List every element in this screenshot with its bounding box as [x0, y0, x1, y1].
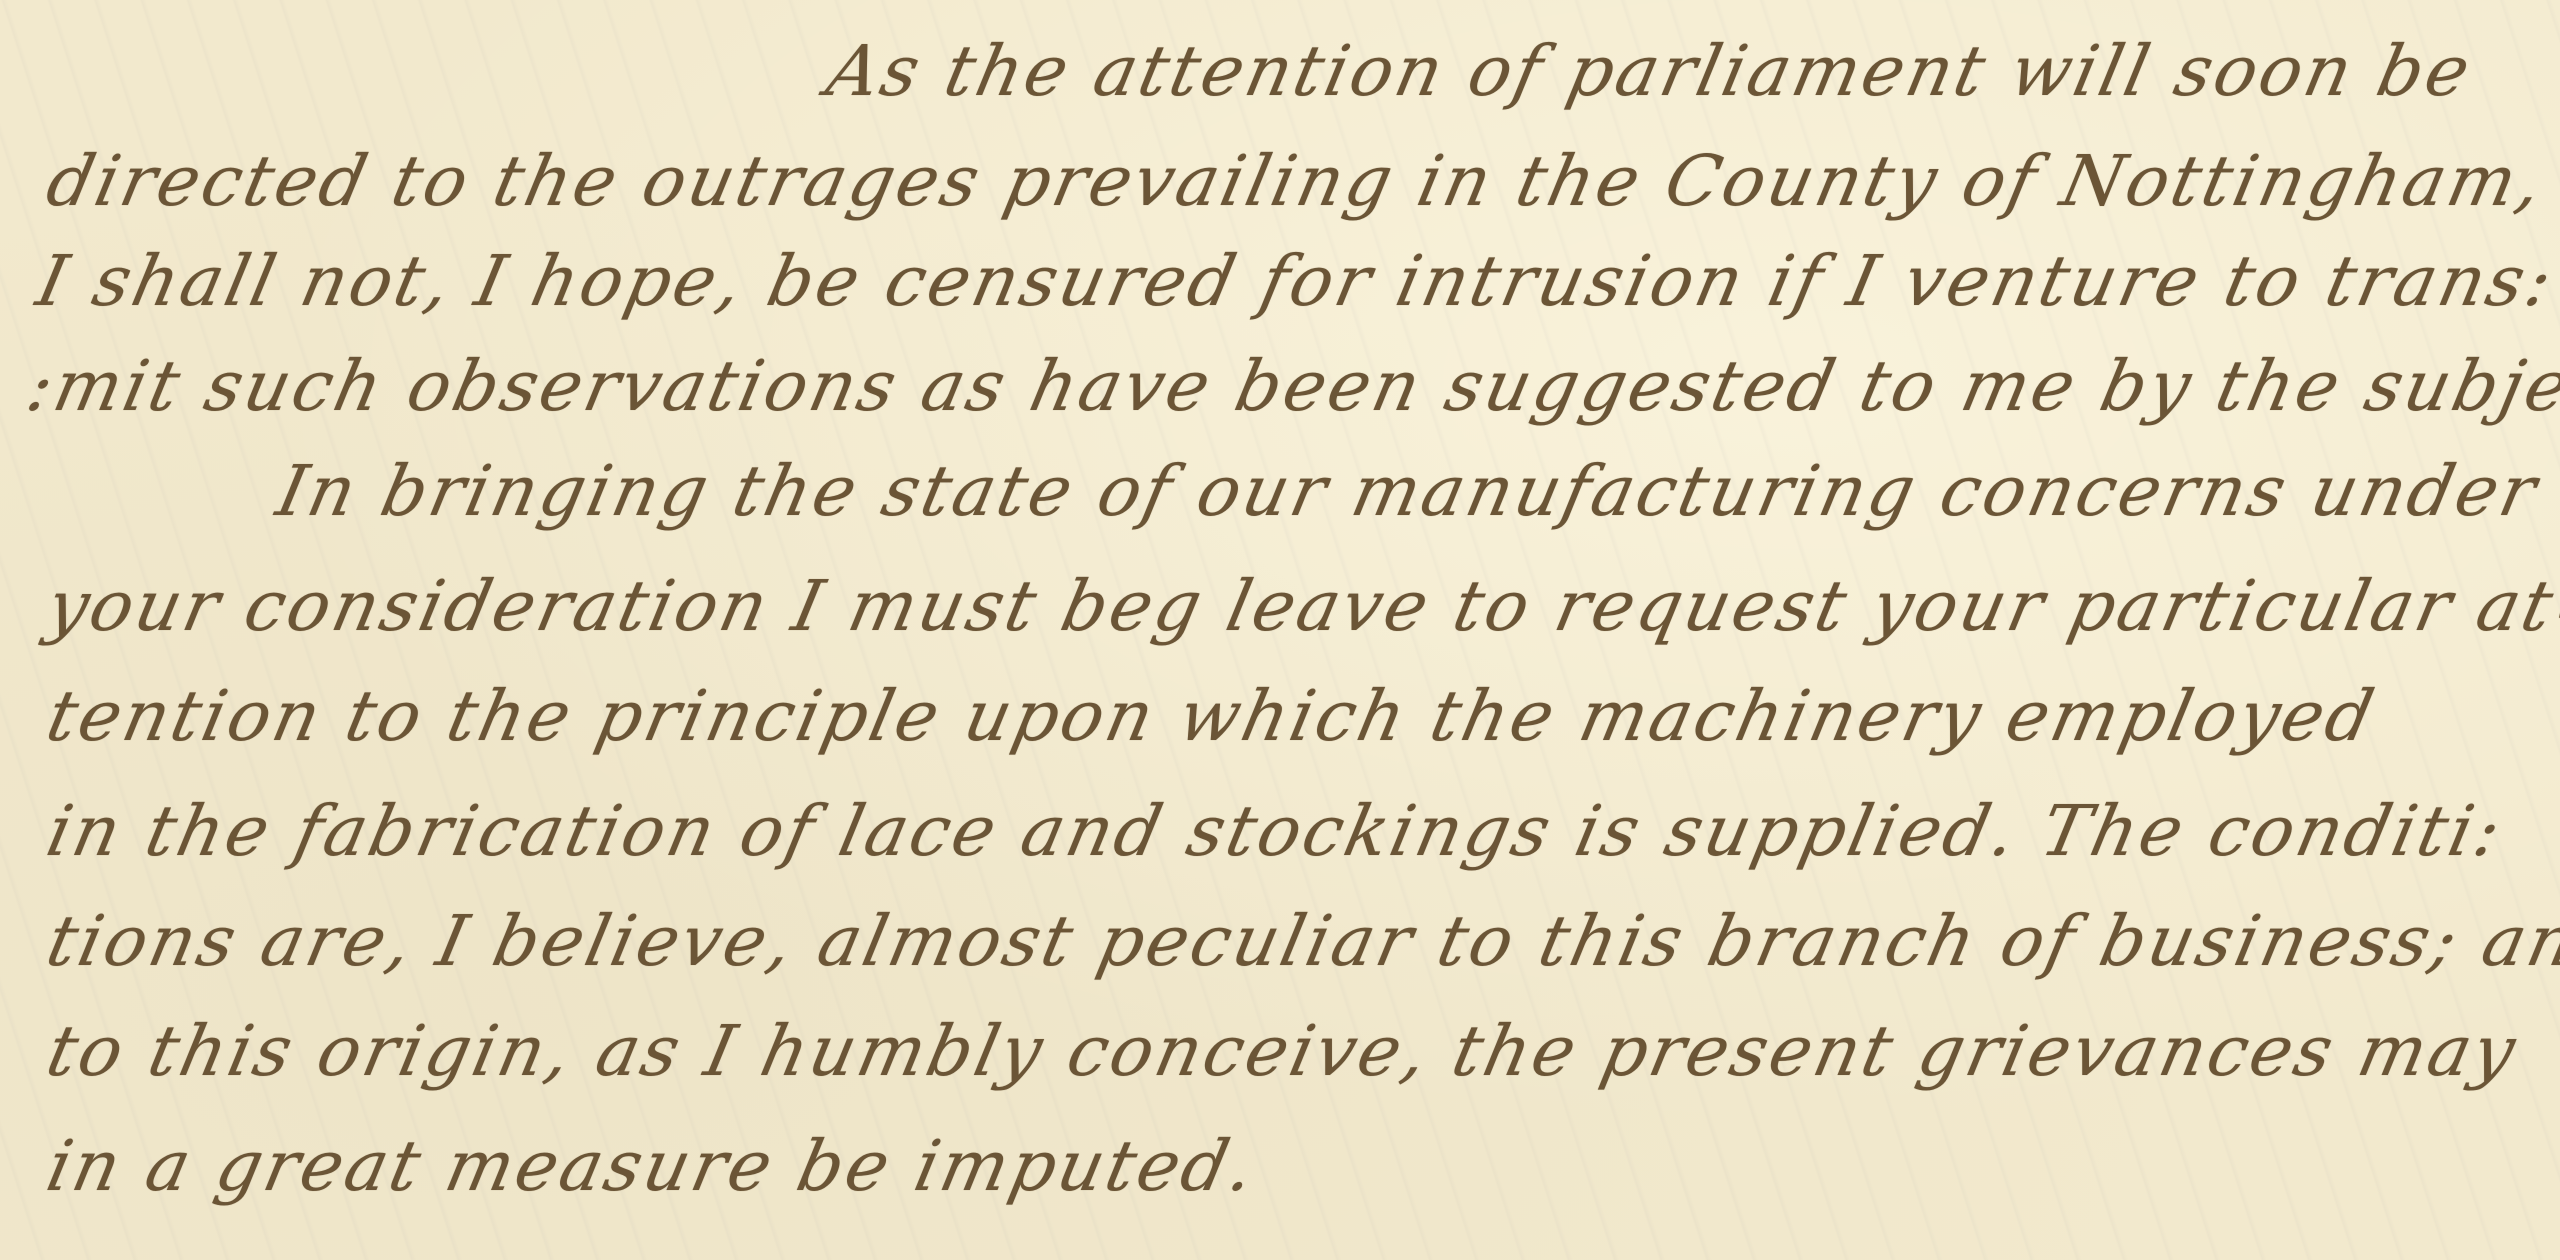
manuscript-line: directed to the outrages prevailing in t… [40, 140, 2552, 222]
manuscript-line: tions are, I believe, almost peculiar to… [40, 900, 2560, 982]
manuscript-line: tention to the principle upon which the … [40, 675, 2383, 757]
manuscript-page: As the attention of parliament will soon… [0, 0, 2560, 1260]
manuscript-line: In bringing the state of our manufacturi… [270, 450, 2546, 532]
manuscript-line: in the fabrication of lace and stockings… [40, 790, 2511, 872]
manuscript-line: in a great measure be imputed. [40, 1125, 1264, 1207]
manuscript-line: I shall not, I hope, be censured for int… [30, 240, 2560, 322]
manuscript-line: your consideration I must beg leave to r… [40, 565, 2560, 647]
manuscript-line: As the attention of parliament will soon… [820, 30, 2480, 112]
manuscript-line: to this origin, as I humbly conceive, th… [40, 1010, 2525, 1092]
manuscript-line: :mit such observations as have been sugg… [20, 345, 2560, 427]
